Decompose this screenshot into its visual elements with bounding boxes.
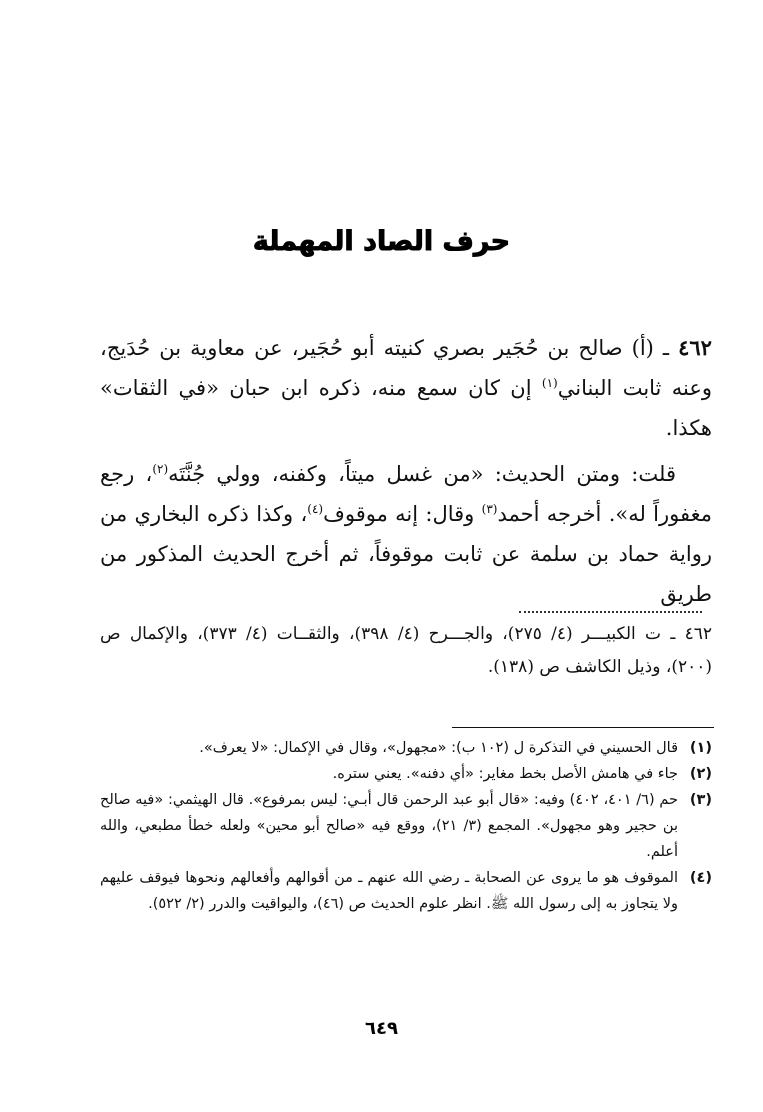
entry-number: ٤٦٢ <box>678 335 712 360</box>
main-entry: ٤٦٢ ـ (أ) صالح بن حُجَير بصري كنيته أبو … <box>100 328 712 614</box>
footnote-text: جاء في هامش الأصل بخط مغاير: «أي دفنه». … <box>100 761 678 787</box>
dotted-divider <box>519 611 702 613</box>
entry-paragraph-1: ٤٦٢ ـ (أ) صالح بن حُجَير بصري كنيته أبو … <box>100 328 712 448</box>
footnote-ref-3[interactable]: (٣) <box>482 502 498 516</box>
footnote-text: الموقوف هو ما يروى عن الصحابة ـ رضي الله… <box>100 865 678 917</box>
entry-paragraph-2: قلت: ومتن الحديث: «من غسل ميتاً، وكفنه، … <box>100 454 712 614</box>
chapter-title: حرف الصاد المهملة <box>0 226 763 257</box>
footnote-ref-1[interactable]: (١) <box>542 376 558 390</box>
footnote-3: (٣) حم (٦/ ٤٠١، ٤٠٢) وفيه: «قال أبو عبد … <box>100 787 712 865</box>
footnote-1: (١) قال الحسيني في التذكرة ل (١٠٢ ب): «م… <box>100 735 712 761</box>
footnote-mark: (٢) <box>678 761 712 787</box>
footnote-mark: (١) <box>678 735 712 761</box>
entry-text-2a: قلت: ومتن الحديث: «من غسل ميتاً، وكفنه، … <box>168 462 676 486</box>
footnote-2: (٢) جاء في هامش الأصل بخط مغاير: «أي دفن… <box>100 761 712 787</box>
book-page: حرف الصاد المهملة ٤٦٢ ـ (أ) صالح بن حُجَ… <box>0 0 763 1112</box>
footnote-ref-2[interactable]: (٢) <box>152 462 168 476</box>
entry-dash: ـ <box>663 336 669 360</box>
sources-line: ٤٦٢ ـ ت الكبيـــر (٤/ ٢٧٥)، والجـــرح (٤… <box>100 618 712 684</box>
page-number: ٦٤٩ <box>0 1018 763 1039</box>
footnote-separator <box>452 727 714 728</box>
footnote-text: قال الحسيني في التذكرة ل (١٠٢ ب): «مجهول… <box>100 735 678 761</box>
footnotes-list: (١) قال الحسيني في التذكرة ل (١٠٢ ب): «م… <box>100 735 712 917</box>
footnote-4: (٤) الموقوف هو ما يروى عن الصحابة ـ رضي … <box>100 865 712 917</box>
footnote-ref-4[interactable]: (٤) <box>307 502 323 516</box>
footnote-text: حم (٦/ ٤٠١، ٤٠٢) وفيه: «قال أبو عبد الرح… <box>100 787 678 865</box>
entry-text-2c: وقال: إنه موقوف <box>323 502 482 526</box>
footnote-mark: (٣) <box>678 787 712 813</box>
footnote-mark: (٤) <box>678 865 712 891</box>
sources-block: ٤٦٢ ـ ت الكبيـــر (٤/ ٢٧٥)، والجـــرح (٤… <box>100 618 712 684</box>
